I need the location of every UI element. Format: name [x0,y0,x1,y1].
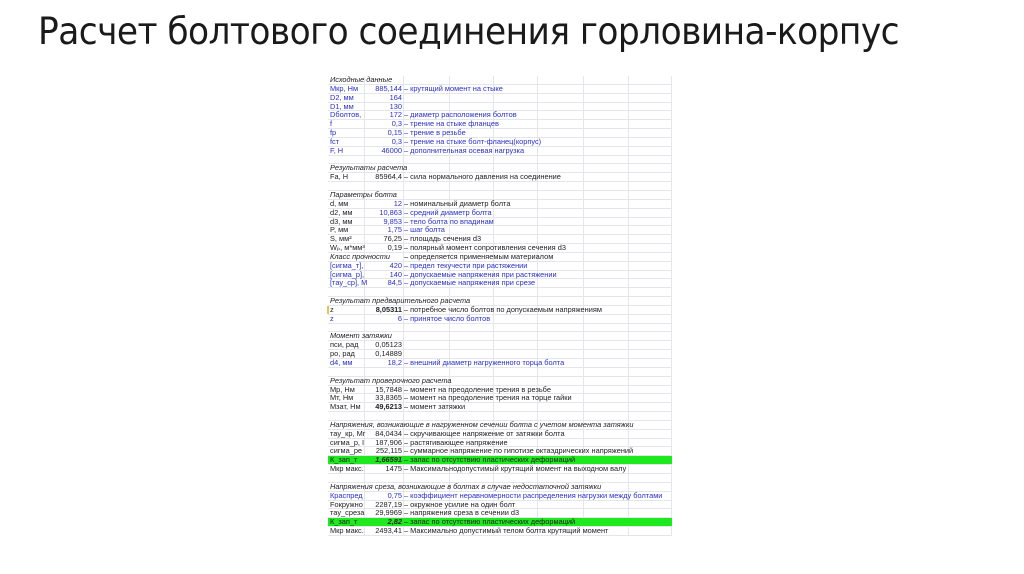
grid-line [628,386,629,394]
grid-line [537,350,538,358]
grid-line [583,377,584,385]
grid-line [671,412,672,420]
grid-line [493,315,494,323]
grid-line [671,439,672,447]
grid-line [537,191,538,199]
grid-line [449,350,450,358]
grid-line [537,288,538,296]
parameter-value[interactable]: 49,6213 [366,403,402,412]
grid-line [493,377,494,385]
grid-line [628,209,629,217]
grid-line [671,315,672,323]
grid-line [583,129,584,137]
grid-line [628,173,629,181]
grid-line [628,509,629,517]
grid-line [493,156,494,164]
grid-line [628,164,629,172]
grid-line [537,315,538,323]
grid-line [671,518,672,526]
grid-line [583,341,584,349]
grid-line [628,518,629,526]
grid-line [449,324,450,332]
grid-line [537,279,538,287]
table-row: z6– принятое число болтов [328,315,672,324]
grid-line [364,324,365,332]
table-row: z8,05311– потребное число болтов по допу… [328,306,672,315]
grid-line [671,403,672,411]
grid-line [671,262,672,270]
grid-line [671,430,672,438]
table-row: Мкр макс.1475– Максимальнодопустимый кру… [328,465,672,474]
grid-line [537,412,538,420]
parameter-value[interactable]: 85964,4 [366,173,402,182]
grid-line [671,173,672,181]
parameter-value[interactable]: 0,19 [366,244,402,253]
grid-line [583,103,584,111]
parameter-label[interactable]: d, мм [330,200,370,209]
grid-line [493,191,494,199]
grid-line [628,430,629,438]
grid-line [403,341,404,349]
grid-line [671,103,672,111]
grid-line [583,147,584,155]
grid-line [493,474,494,482]
grid-line [628,182,629,190]
table-row: Мзат, Нм49,6213– момент затяжки [328,403,672,412]
grid-line [583,111,584,119]
parameter-value[interactable]: 46000 [366,147,402,156]
grid-line [671,253,672,261]
grid-line [403,412,404,420]
grid-line [671,509,672,517]
grid-line [671,85,672,93]
parameter-label[interactable]: Dболтов, [330,111,370,120]
grid-line [537,111,538,119]
grid-line [493,226,494,234]
grid-line [628,368,629,376]
parameter-label[interactable]: d4, мм [330,359,370,368]
grid-line [537,501,538,509]
parameter-description[interactable]: – принятое число болтов [404,315,490,324]
parameter-label[interactable]: d2, мм [330,209,370,218]
grid-line [583,430,584,438]
grid-line [364,288,365,296]
grid-line [628,244,629,252]
grid-line [493,324,494,332]
grid-line [628,456,629,464]
grid-line [671,164,672,172]
grid-line [628,279,629,287]
grid-line [583,173,584,181]
parameter-label[interactable]: Fa, Н [330,173,370,182]
parameter-value[interactable]: 18,2 [366,359,402,368]
grid-line [628,94,629,102]
grid-line [364,412,365,420]
grid-line [628,297,629,305]
parameter-value[interactable]: 6 [366,315,402,324]
grid-line [671,332,672,340]
parameter-description[interactable]: – момент затяжки [404,403,465,412]
table-row: [тау_ср], М84,5– допускаемые напряжения … [328,279,672,288]
section-title: Параметры болта [330,191,397,200]
parameter-label[interactable]: d3, мм [330,218,370,227]
grid-line [493,129,494,137]
parameter-label[interactable]: D2, мм [330,94,370,103]
parameter-label[interactable]: Мт, Нм [330,394,370,403]
grid-line [449,156,450,164]
parameter-description[interactable]: – внешний диаметр нагруженного торца бол… [404,359,564,368]
grid-line [537,324,538,332]
grid-line [628,200,629,208]
parameter-label[interactable]: Wₚ, м*мм³ [330,244,370,253]
parameter-label[interactable]: тау_среза [330,509,370,518]
grid-line [449,412,450,420]
grid-line [537,474,538,482]
grid-line [671,271,672,279]
grid-line [537,262,538,270]
parameter-label[interactable]: F, Н [330,147,370,156]
grid-line [671,447,672,455]
grid-line [583,85,584,93]
grid-line [449,368,450,376]
parameter-value[interactable]: 8,05311 [366,306,402,315]
grid-line [449,94,450,102]
grid-line [671,76,672,84]
parameter-description[interactable]: – сила нормального давления на соединени… [404,173,561,182]
grid-line [628,271,629,279]
grid-line [583,315,584,323]
grid-line [583,350,584,358]
table-row: d4, мм18,2– внешний диаметр нагруженного… [328,359,672,368]
grid-line [628,76,629,84]
grid-line [537,226,538,234]
parameter-description[interactable]: – дополнительная осевая нагрузка [404,147,524,156]
table-row: d2, мм10,863– средний диаметр болта [328,209,672,218]
grid-line [628,341,629,349]
parameter-value[interactable]: 1475 [366,465,402,474]
grid-line [583,518,584,526]
grid-line [671,226,672,234]
grid-line [628,394,629,402]
parameter-label[interactable]: P, мм [330,226,370,235]
cell-marker [327,306,329,314]
grid-line [403,288,404,296]
grid-line [403,191,404,199]
table-row: Dболтов,172– диаметр расположения болтов [328,111,672,120]
grid-line [671,456,672,464]
grid-line [671,377,672,385]
grid-line [583,509,584,517]
table-row: Мкр, Нм885,144– крутящий момент на стыке [328,85,672,94]
grid-line [493,94,494,102]
grid-line [583,209,584,217]
parameter-label[interactable]: К_зап_т [330,456,370,465]
grid-line [403,368,404,376]
grid-line [493,350,494,358]
grid-line [449,341,450,349]
table-row: D2, мм164 [328,94,672,103]
grid-line [583,182,584,190]
grid-line [493,412,494,420]
grid-line [493,341,494,349]
grid-line [628,501,629,509]
grid-line [671,324,672,332]
parameter-value[interactable]: 84,5 [366,279,402,288]
grid-line [537,209,538,217]
grid-line [493,235,494,243]
grid-line [583,244,584,252]
grid-line [364,156,365,164]
grid-line [537,332,538,340]
grid-line [583,120,584,128]
parameter-label[interactable]: S, мм² [330,235,370,244]
grid-line [628,111,629,119]
grid-line [628,315,629,323]
grid-line [583,412,584,420]
grid-line [583,288,584,296]
grid-line [583,394,584,402]
parameter-label[interactable]: Мкр макс. [330,465,370,474]
grid-line [671,306,672,314]
grid-line [628,262,629,270]
grid-line [671,147,672,155]
grid-line [583,403,584,411]
parameter-label[interactable]: ро, рад [330,350,370,359]
grid-line [628,85,629,93]
grid-line [628,403,629,411]
parameter-description[interactable]: – крутящий момент на стыке [404,85,503,94]
parameter-label[interactable]: D1, мм [330,103,370,112]
grid-line [537,368,538,376]
grid-line [583,279,584,287]
parameter-label[interactable]: z [330,315,370,324]
parameter-label[interactable]: сигма_ре [330,447,370,456]
parameter-label[interactable]: fст [330,138,370,147]
grid-line [628,253,629,261]
parameter-label[interactable]: fp [330,129,370,138]
grid-line [449,474,450,482]
parameter-label[interactable]: [сигма_т], [330,262,370,271]
grid-line [493,103,494,111]
grid-line [628,474,629,482]
grid-line [403,156,404,164]
grid-line [628,412,629,420]
grid-line [628,483,629,491]
grid-line [583,253,584,261]
grid-line [583,191,584,199]
parameter-label[interactable]: Мкр, Нм [330,85,370,94]
grid-line [628,120,629,128]
spreadsheet-table: Исходные данныеМкр, Нм885,144– крутящий … [328,76,672,536]
grid-line [628,235,629,243]
grid-line [671,474,672,482]
parameter-description[interactable]: – допускаемые напряжения при срезе [404,279,535,288]
grid-line [628,439,629,447]
grid-line [403,332,404,340]
grid-line [583,156,584,164]
grid-line [403,324,404,332]
grid-line [493,164,494,172]
grid-line [537,509,538,517]
parameter-label[interactable]: тау_кр, Мг [330,430,370,439]
grid-line [449,288,450,296]
grid-line [671,527,672,535]
grid-line [493,368,494,376]
table-row: Мкр макс.2493,41– Максимально допустимый… [328,527,672,536]
parameter-label[interactable]: пси, рад [330,341,370,350]
grid-line [403,182,404,190]
parameter-label[interactable]: f [330,120,370,129]
table-row: f0,3– трение на стыке фланцев [328,120,672,129]
parameter-label[interactable]: Fокружно [330,501,370,510]
grid-line [628,377,629,385]
grid-line [449,164,450,172]
grid-line [671,421,672,429]
grid-line [628,226,629,234]
grid-line [403,350,404,358]
table-row: Fa, Н85964,4– сила нормального давления … [328,173,672,182]
table-row: d3, мм9,853– тело болта по впадинам [328,218,672,227]
grid-line [537,297,538,305]
grid-line [671,359,672,367]
table-row: P, мм1,75– шаг болта [328,226,672,235]
grid-line [628,350,629,358]
grid-line [671,341,672,349]
grid-line [583,138,584,146]
grid-line [583,271,584,279]
grid-line [403,94,404,102]
grid-line [583,439,584,447]
grid-line [583,324,584,332]
grid-line [671,129,672,137]
grid-line [537,403,538,411]
grid-line [537,164,538,172]
slide-title: Расчет болтового соединения горловина-ко… [38,10,899,53]
grid-line [671,120,672,128]
parameter-label[interactable]: сигма_р, I [330,439,370,448]
grid-line [628,103,629,111]
grid-line [537,85,538,93]
grid-line [493,76,494,84]
parameter-value[interactable]: 2493,41 [366,527,402,536]
table-row: F, Н46000– дополнительная осевая нагрузк… [328,147,672,156]
grid-line [671,492,672,500]
grid-line [628,359,629,367]
grid-line [583,226,584,234]
grid-line [671,297,672,305]
grid-line [671,394,672,402]
grid-line [628,324,629,332]
grid-line [671,200,672,208]
grid-line [583,474,584,482]
grid-line [493,403,494,411]
grid-line [449,226,450,234]
grid-line [671,465,672,473]
grid-line [671,501,672,509]
grid-line [628,147,629,155]
grid-line [671,350,672,358]
grid-line [583,235,584,243]
grid-line [628,288,629,296]
grid-line [449,103,450,111]
grid-line [671,156,672,164]
grid-line [583,368,584,376]
grid-line [537,218,538,226]
grid-line [583,218,584,226]
grid-line [671,244,672,252]
grid-line [583,332,584,340]
grid-line [583,359,584,367]
grid-line [364,474,365,482]
parameter-label[interactable]: [тау_ср], М [330,279,370,288]
parameter-label[interactable]: К_зап_т [330,518,370,527]
grid-line [671,218,672,226]
grid-line [671,182,672,190]
grid-line [671,138,672,146]
grid-line [493,182,494,190]
grid-line [671,483,672,491]
grid-line [537,200,538,208]
parameter-label[interactable]: z [330,306,370,315]
grid-line [583,76,584,84]
grid-line [403,103,404,111]
grid-line [671,111,672,119]
grid-line [403,76,404,84]
grid-line [403,474,404,482]
grid-line [671,94,672,102]
parameter-description[interactable]: – Максимальнодопустимый крутящий момент … [404,465,626,474]
grid-line [583,456,584,464]
grid-line [628,156,629,164]
grid-line [537,341,538,349]
grid-line [628,465,629,473]
grid-line [671,191,672,199]
grid-line [628,129,629,137]
grid-line [493,288,494,296]
grid-line [537,156,538,164]
grid-line [537,94,538,102]
parameter-label[interactable]: Краспред [330,492,370,501]
grid-line [583,200,584,208]
grid-line [449,332,450,340]
parameter-label[interactable]: [сигма_р], [330,271,370,280]
grid-line [583,297,584,305]
grid-line [671,235,672,243]
grid-line [628,218,629,226]
grid-line [493,332,494,340]
grid-line [537,377,538,385]
grid-line [537,439,538,447]
grid-line [628,332,629,340]
grid-line [493,209,494,217]
grid-line [449,76,450,84]
grid-line [671,368,672,376]
grid-line [583,386,584,394]
grid-line [671,209,672,217]
grid-line [537,103,538,111]
grid-line [537,76,538,84]
parameter-label[interactable]: Мкр макс. [330,527,370,536]
grid-line [364,182,365,190]
grid-line [537,120,538,128]
grid-line [449,182,450,190]
grid-line [537,129,538,137]
grid-line [583,164,584,172]
parameter-label[interactable]: Мр, Нм [330,386,370,395]
parameter-description[interactable]: – Максимально допустимый телом болта кру… [404,527,608,536]
grid-line [671,386,672,394]
parameter-label[interactable]: Мзат, Нм [330,403,370,412]
